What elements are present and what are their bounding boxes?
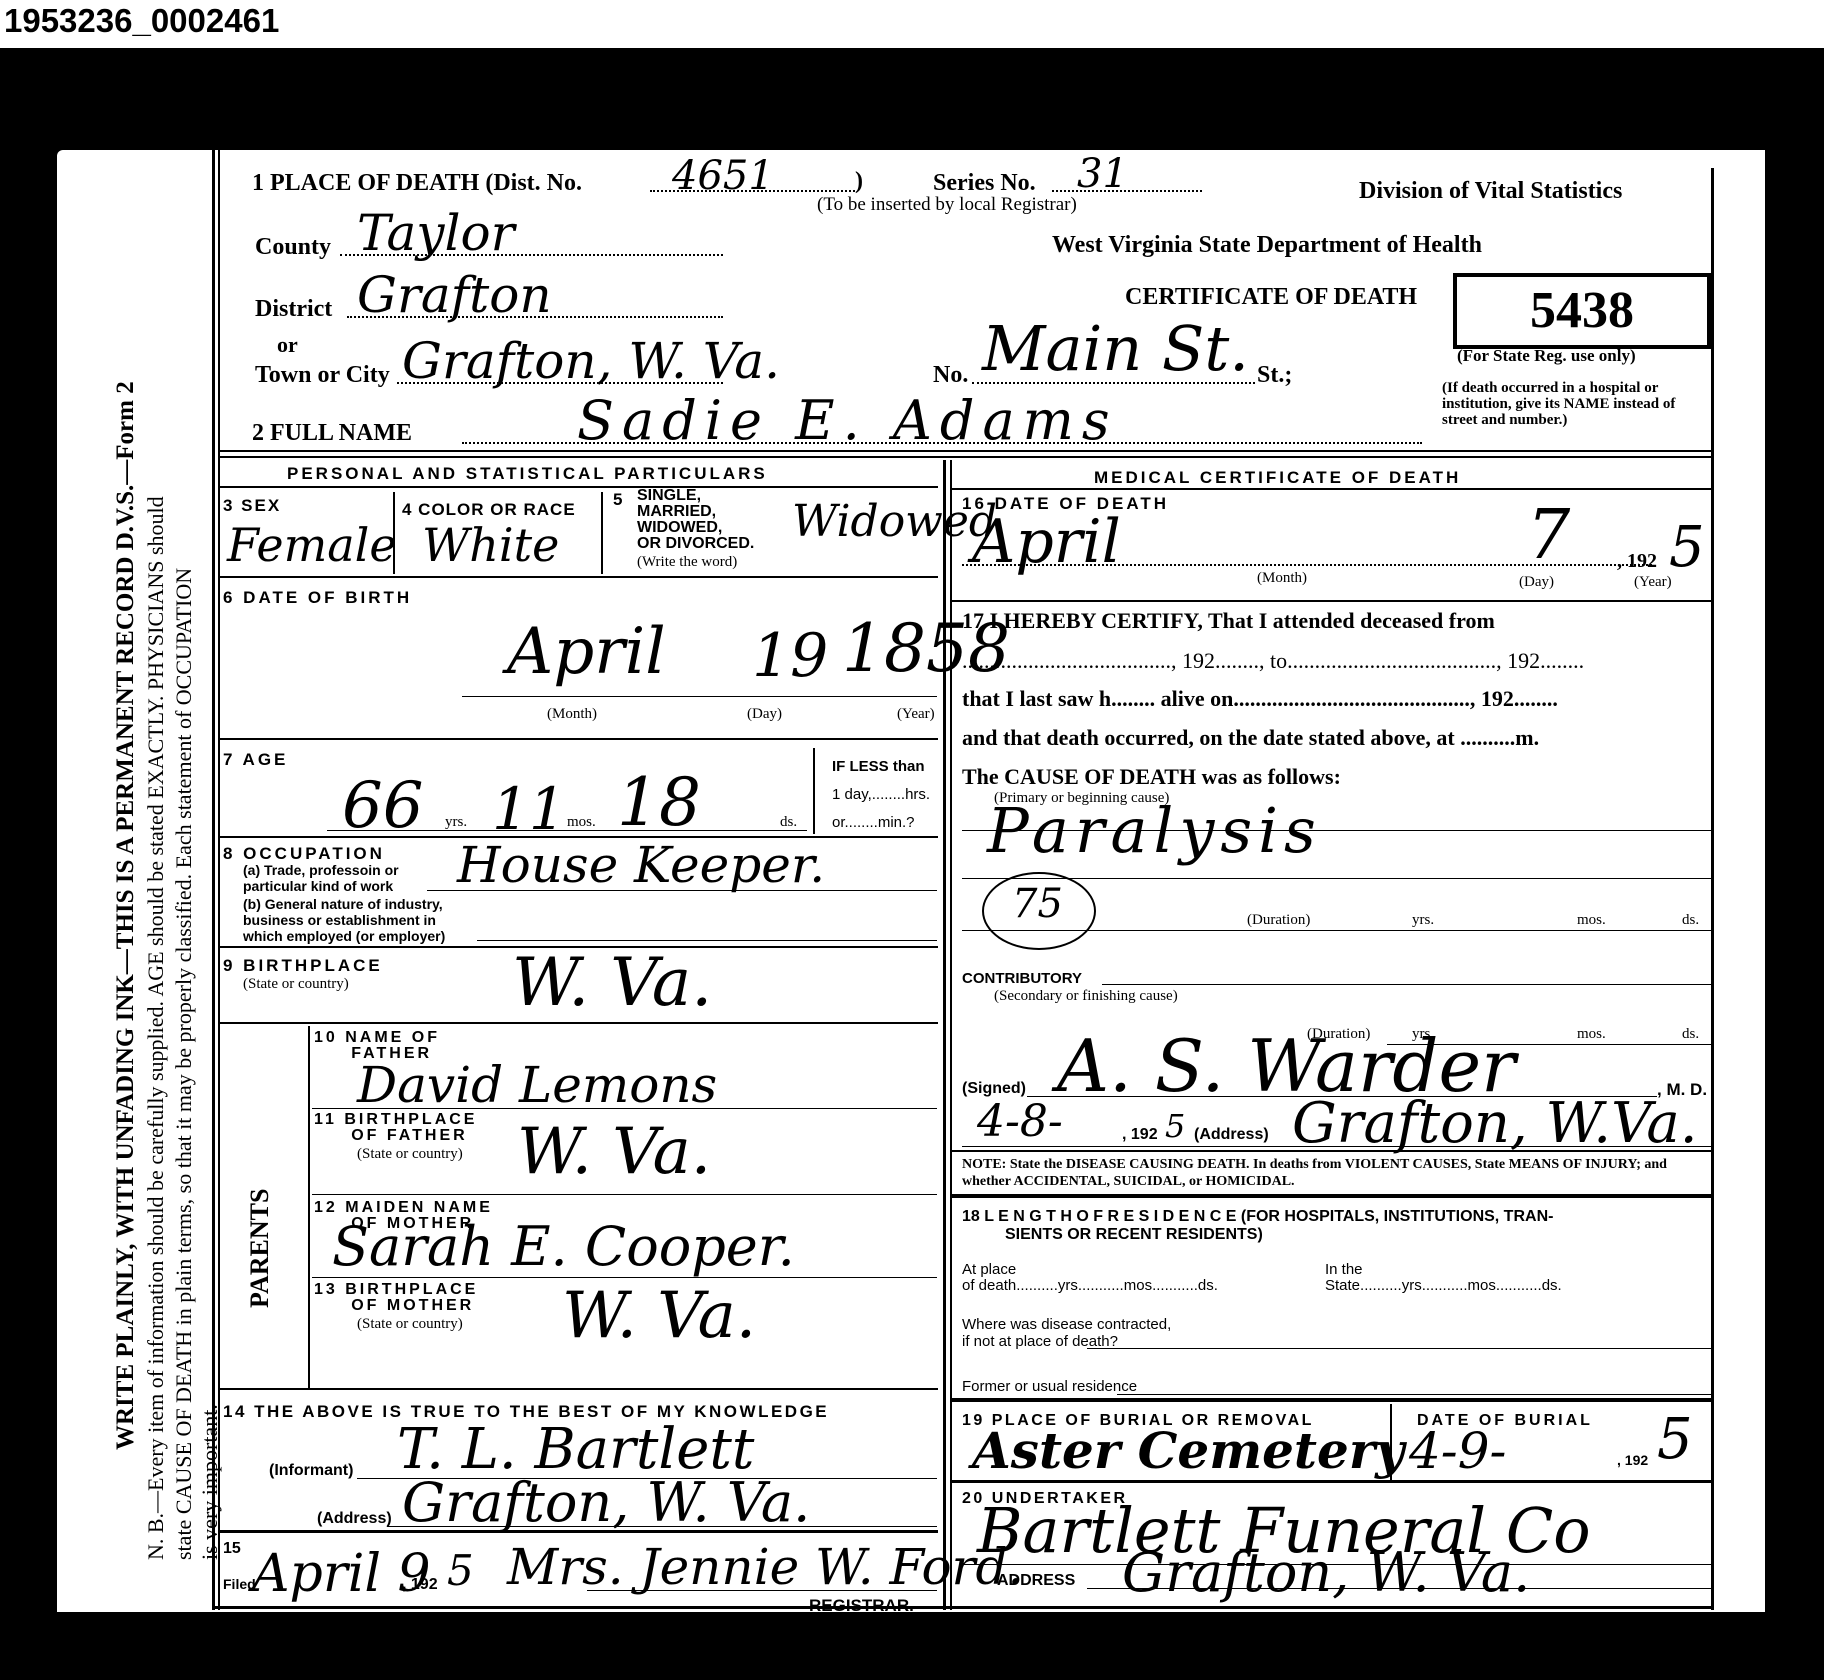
- frame-left-line: [212, 150, 215, 1610]
- sex-value: Female: [227, 522, 397, 568]
- town-value: Grafton, W. Va.: [402, 336, 780, 386]
- undertaker-address-value: Grafton, W. Va.: [1122, 1546, 1530, 1600]
- dob-day: 19: [752, 626, 828, 686]
- division-title: Division of Vital Statistics: [1359, 178, 1622, 205]
- marital-label: SINGLE, MARRIED, WIDOWED, OR DIVORCED.: [637, 488, 754, 552]
- filed-year-digit: 5: [447, 1550, 474, 1592]
- dod-month: April: [972, 512, 1121, 572]
- medical-title-rule: [952, 488, 1711, 490]
- residence-label: 18 L E N G T H O F R E S I D E N C E (FO…: [962, 1208, 1553, 1226]
- race-label: 4 COLOR OR RACE: [402, 500, 576, 520]
- dist-no-close: ): [855, 168, 863, 195]
- race-marital-divider: [601, 492, 603, 574]
- registrar-signature: Mrs. Jennie W. Ford.: [507, 1542, 1023, 1592]
- residence-rule: [952, 1398, 1711, 1402]
- primary-cause-value: Paralysis: [987, 800, 1322, 862]
- filed-label: Filed: [223, 1576, 256, 1592]
- marital-num: 5: [613, 490, 625, 510]
- state-reg-box: 5438: [1453, 273, 1711, 349]
- street-suffix: St.;: [1257, 362, 1292, 389]
- dob-month-hint: (Month): [547, 706, 597, 723]
- mother-line: [312, 1277, 937, 1278]
- age-years: 66: [342, 774, 423, 838]
- signed-year-prefix: , 192: [1122, 1126, 1158, 1144]
- dod-day-hint: (Day): [1519, 574, 1554, 591]
- primary-yrs-label: yrs.: [1412, 912, 1434, 929]
- code-value: 75: [1012, 884, 1063, 924]
- burial-year-prefix: , 192: [1617, 1452, 1648, 1468]
- series-no-value: 31: [1077, 154, 1128, 194]
- dod-day: 7: [1527, 502, 1570, 570]
- primary-ds-label: ds.: [1682, 912, 1699, 929]
- mother-value: Sarah E. Cooper.: [332, 1220, 795, 1274]
- age-yrs-label: yrs.: [445, 814, 467, 831]
- row-rule-9: [220, 1022, 938, 1024]
- burial-divider: [1390, 1404, 1392, 1480]
- dob-label: 6 DATE OF BIRTH: [223, 588, 412, 608]
- primary-line-2: [962, 878, 1712, 879]
- burial-date-value: 4-9-: [1409, 1426, 1506, 1476]
- image-id: 1953236_0002461: [4, 2, 279, 40]
- row-rule-3: [220, 576, 938, 578]
- dob-year-hint: (Year): [897, 706, 935, 723]
- age-ds-label: ds.: [780, 814, 797, 831]
- father-bp-line: [312, 1194, 937, 1195]
- personal-section-title: PERSONAL AND STATISTICAL PARTICULARS: [287, 464, 768, 484]
- dod-rule: [952, 600, 1711, 602]
- header-divider-2: [220, 456, 1711, 458]
- age-label: 7 AGE: [223, 750, 288, 770]
- contributory-ds-label: ds.: [1682, 1026, 1699, 1043]
- father-bp-label: 11 BIRTHPLACE OF FATHER: [314, 1112, 477, 1144]
- medical-note: NOTE: State the DISEASE CAUSING DEATH. I…: [962, 1156, 1712, 1190]
- dob-day-hint: (Day): [747, 706, 782, 723]
- sex-race-divider: [393, 492, 395, 574]
- primary-duration-label: (Duration): [1247, 912, 1310, 929]
- certificate-title: CERTIFICATE OF DEATH: [1125, 284, 1417, 311]
- dod-year-prefix: , 192: [1617, 550, 1657, 573]
- contributory-line: [1102, 984, 1712, 985]
- series-label: Series No.: [933, 170, 1036, 197]
- state-reg-number: 5438: [1457, 277, 1707, 345]
- in-state-label: In the State..........yrs...........mos.…: [1325, 1262, 1562, 1294]
- filed-year-prefix: , 192: [402, 1576, 438, 1594]
- sidebar-instruction-2: N. B.—Every item of information should b…: [143, 496, 169, 1560]
- occupation-hint-b: (b) General nature of industry, business…: [243, 896, 473, 944]
- less-than-3: or........min.?: [832, 814, 915, 831]
- row-rule-14: [220, 1530, 938, 1533]
- occupation-value: House Keeper.: [457, 840, 825, 890]
- birthplace-value: W. Va.: [512, 950, 712, 1016]
- registrar-note: (To be inserted by local Registrar): [817, 194, 1077, 216]
- row-rule-6: [220, 738, 938, 740]
- image-title-bar: 1953236_0002461: [0, 0, 1824, 48]
- cause-intro: The CAUSE OF DEATH was as follows:: [962, 764, 1341, 790]
- age-less-divider: [813, 748, 815, 834]
- burial-place-value: Aster Cemetery: [972, 1426, 1404, 1476]
- at-place-label: At place of death..........yrs..........…: [962, 1262, 1218, 1294]
- signed-date: 4-8-: [977, 1100, 1063, 1144]
- contributory-mos-label: mos.: [1577, 1026, 1606, 1043]
- department-title: West Virginia State Department of Health: [1052, 232, 1482, 259]
- certify-line-3: that I last saw h........ alive on......…: [962, 686, 1558, 712]
- birthplace-hint: (State or country): [243, 976, 349, 993]
- occupation-hint-a: (a) Trade, professoin or particular kind…: [243, 862, 423, 894]
- full-name-label: 2 FULL NAME: [252, 420, 412, 447]
- header-divider: [220, 450, 1711, 452]
- hospital-note: (If death occurred in a hospital or inst…: [1442, 380, 1712, 428]
- frame-left-line-2: [218, 150, 220, 1610]
- contracted-label: Where was disease contracted, if not at …: [962, 1316, 1171, 1350]
- county-value: Taylor: [357, 208, 515, 258]
- less-than-1: IF LESS than: [832, 758, 925, 775]
- informant-label: (Informant): [269, 1462, 353, 1480]
- contributory-label: CONTRIBUTORY: [962, 970, 1082, 987]
- certify-line-2: ......................................, …: [962, 648, 1584, 674]
- burial-year-digit: 5: [1657, 1412, 1693, 1468]
- undertaker-address-label: ADDRESS: [997, 1572, 1075, 1590]
- frame-bottom-line: [212, 1606, 1714, 1609]
- state-reg-note: (For State Reg. use only): [1457, 346, 1636, 366]
- residence-label-2: SIENTS OR RECENT RESIDENTS): [1005, 1226, 1263, 1244]
- mother-bp-hint: (State or country): [357, 1316, 463, 1333]
- parents-divider: [308, 1026, 310, 1388]
- mother-bp-label: 13 BIRTHPLACE OF MOTHER: [314, 1282, 478, 1314]
- row-rule-13: [220, 1388, 938, 1390]
- dob-line: [462, 696, 937, 697]
- birthplace-label: 9 BIRTHPLACE: [223, 956, 383, 976]
- dob-month: April: [507, 620, 666, 684]
- parents-label: PARENTS: [245, 1189, 275, 1308]
- informant-value: T. L. Bartlett: [397, 1422, 754, 1478]
- age-mos-label: mos.: [567, 814, 596, 831]
- district-value: Grafton: [357, 270, 552, 320]
- sidebar-instruction-1: WRITE PLAINLY, WITH UNFADING INK—THIS IS…: [112, 381, 140, 1450]
- signed-rule: [952, 1150, 1711, 1152]
- primary-mos-label: mos.: [1577, 912, 1606, 929]
- dod-month-hint: (Month): [1257, 570, 1307, 587]
- dod-year-hint: (Year): [1634, 574, 1672, 591]
- death-certificate-paper: WRITE PLAINLY, WITH UNFADING INK—THIS IS…: [57, 150, 1765, 1612]
- signed-year-digit: 5: [1165, 1110, 1185, 1142]
- full-name-value: Sadie E. Adams: [577, 394, 1118, 448]
- town-label: Town or City: [255, 362, 390, 389]
- dist-no-value: 4651: [672, 156, 774, 196]
- primary-duration-line: [962, 930, 1712, 931]
- mother-bp-value: W. Va.: [562, 1284, 756, 1348]
- or-label: or: [277, 332, 298, 358]
- burial-rule: [952, 1480, 1711, 1483]
- father-value: David Lemons: [357, 1060, 717, 1110]
- physician-address: Grafton, W.Va.: [1292, 1096, 1698, 1152]
- less-than-2: 1 day,........hrs.: [832, 786, 930, 803]
- certify-line-4: and that death occurred, on the date sta…: [962, 725, 1539, 751]
- informant-addr-value: Grafton, W. Va.: [402, 1476, 810, 1530]
- medical-section-title: MEDICAL CERTIFICATE OF DEATH: [1094, 468, 1461, 488]
- personal-title-rule: [220, 486, 938, 488]
- county-label: County: [255, 234, 331, 261]
- sidebar-instruction-3: state CAUSE OF DEATH in plain terms, so …: [171, 568, 197, 1560]
- former-residence-label: Former or usual residence: [962, 1378, 1137, 1395]
- father-bp-value: W. Va.: [517, 1120, 711, 1184]
- contributory-hint: (Secondary or finishing cause): [994, 988, 1178, 1005]
- occupation-label: 8 OCCUPATION: [223, 844, 385, 864]
- street-value: Main St.: [982, 318, 1249, 380]
- father-bp-hint: (State or country): [357, 1146, 463, 1163]
- informant-addr-label: (Address): [317, 1510, 392, 1528]
- filed-num: 15: [223, 1540, 241, 1558]
- sex-label: 3 SEX: [223, 496, 281, 516]
- physician-address-label: (Address): [1194, 1126, 1269, 1144]
- age-days: 18: [617, 770, 701, 836]
- certify-line-1: 17 I HEREBY CERTIFY, That I attended dec…: [962, 608, 1495, 634]
- district-label: District: [255, 296, 332, 323]
- age-line: [327, 830, 807, 831]
- note-rule: [952, 1194, 1711, 1198]
- place-of-death-label: 1 PLACE OF DEATH (Dist. No.: [252, 170, 582, 197]
- former-residence-line: [1117, 1394, 1712, 1395]
- occupation-line-b: [477, 940, 937, 941]
- dod-year-digit: 5: [1669, 520, 1705, 576]
- street-no-label: No.: [933, 362, 968, 389]
- marital-hint: (Write the word): [637, 554, 737, 571]
- contracted-line: [1087, 1348, 1712, 1349]
- race-value: White: [422, 522, 559, 568]
